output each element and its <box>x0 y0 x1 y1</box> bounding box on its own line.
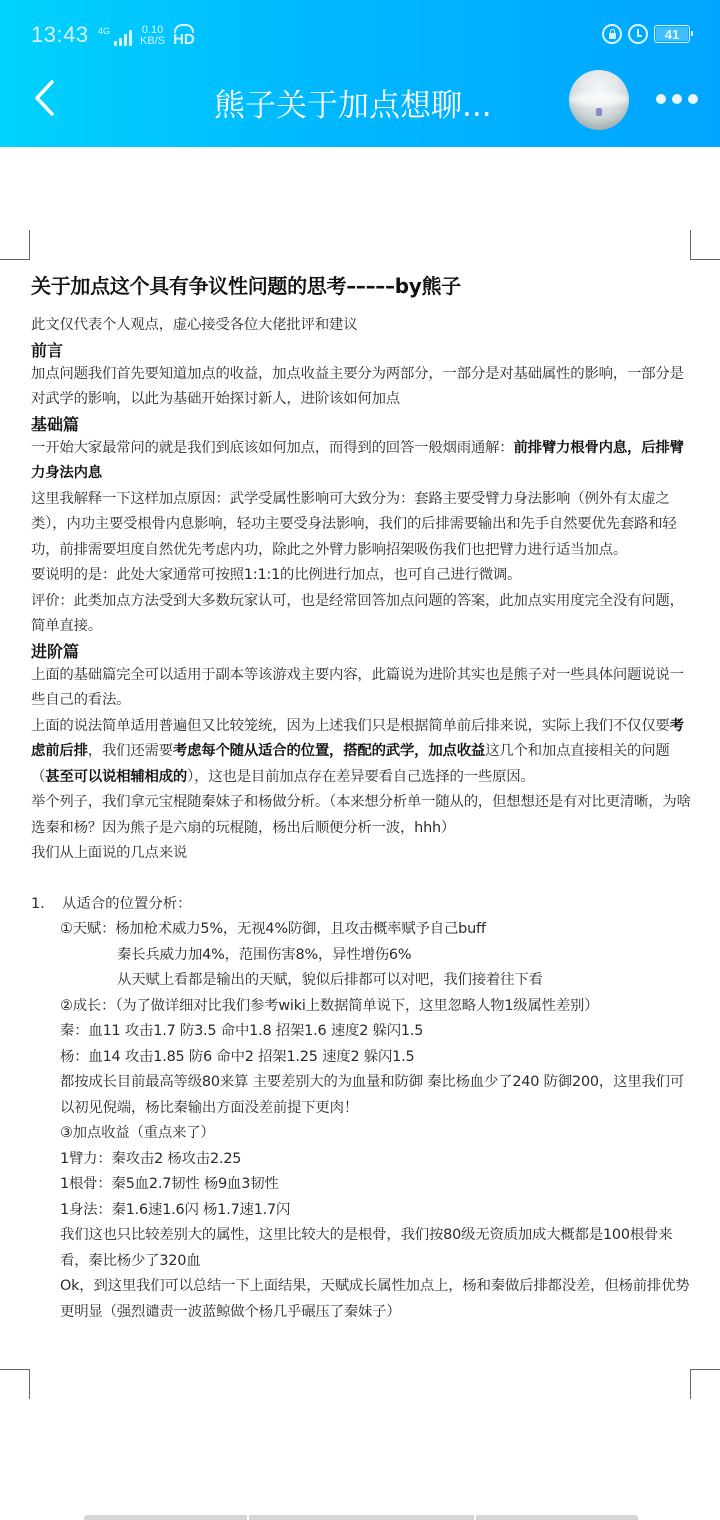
chevron-left-icon <box>28 76 68 120</box>
gain-summary: 我们这也只比较差别大的属性，这里比较大的是根骨，我们按80级无资质加成大概都是1… <box>31 1223 691 1274</box>
network-indicator: 4G 0.10 KB/S HD <box>98 24 195 50</box>
status-bar: 13:43 4G 0.10 KB/S HD 41 <box>0 18 720 58</box>
basic-paragraph-3: 要说明的是：此处大家通常可按照1:1:1的比例进行加点，也可自己进行微调。 <box>31 563 691 589</box>
basic-paragraph-1: 一开始大家最常问的就是我们到底该如何加点，而得到的回答一般烟雨通解：前排臂力根骨… <box>31 436 691 487</box>
bottom-tab-indicator[interactable] <box>476 1515 638 1520</box>
advanced-paragraph-2: 上面的说法简单适用普遍但又比较笼统，因为上述我们只是根据简单前后排来说，实际上我… <box>31 714 691 791</box>
more-dots-icon <box>656 94 666 104</box>
avatar-mist <box>569 92 629 106</box>
battery-icon: 41 <box>654 25 690 43</box>
bottom-tab-indicator[interactable] <box>84 1515 247 1520</box>
nav-bar: 熊子关于加点想聊... <box>0 62 720 142</box>
status-icons: 41 <box>602 24 690 44</box>
page-corner-mark <box>0 230 30 260</box>
disclaimer: 此文仅代表个人观点，虚心接受各位大佬批评和建议 <box>31 313 691 339</box>
page-title: 熊子关于加点想聊... <box>214 80 492 125</box>
avatar[interactable] <box>569 70 629 130</box>
status-time: 13:43 <box>31 22 89 48</box>
page-corner-mark <box>0 1369 30 1399</box>
document-body: 关于加点这个具有争议性问题的思考–––––by熊子 此文仅代表个人观点，虚心接受… <box>31 271 691 1325</box>
list-number: 1. <box>31 892 62 918</box>
gain-strength: 1臂力：秦攻击2 杨攻击2.25 <box>31 1147 691 1173</box>
network-type: 4G <box>98 27 110 36</box>
talent-line: ①天赋：杨加枪术威力5%，无视4%防御，且攻击概率赋予自己buff <box>31 917 691 943</box>
rotation-lock-icon <box>602 24 622 44</box>
gain-title: ③加点收益（重点来了） <box>31 1121 691 1147</box>
battery-level: 41 <box>656 27 688 41</box>
analysis-list-item: 1. 从适合的位置分析： <box>31 892 691 918</box>
network-speed: 0.10 KB/S <box>140 25 165 47</box>
advanced-paragraph-3: 举个列子，我们拿元宝棍随秦妹子和杨做分析。（本来想分析单一随从的，但想想还是有对… <box>31 790 691 841</box>
talent-line: 秦长兵威力加4%，范围伤害8%，异性增伤6% <box>31 943 691 969</box>
hd-voice-icon: HD <box>173 31 195 48</box>
conclusion: Ok，到这里我们可以总结一下上面结果，天赋成长属性加点上，杨和秦做后排都没差，但… <box>31 1274 691 1325</box>
growth-qin: 秦：血11 攻击1.7 防3.5 命中1.8 招架1.6 速度2 躲闪1.5 <box>31 1019 691 1045</box>
app-header: 13:43 4G 0.10 KB/S HD 41 熊子关于加点想聊.. <box>0 0 720 147</box>
page-corner-mark <box>690 1369 720 1399</box>
more-options-button[interactable] <box>656 94 698 104</box>
growth-title: ②成长：（为了做详细对比我们参考wiki上数据简单说下，这里忽略人物1级属性差别… <box>31 994 691 1020</box>
advanced-paragraph-4: 我们从上面说的几点来说 <box>31 841 691 867</box>
growth-yang: 杨：血14 攻击1.85 防6 命中2 招架1.25 速度2 躲闪1.5 <box>31 1045 691 1071</box>
avatar-figure <box>596 108 602 116</box>
bottom-tab-indicator[interactable] <box>249 1515 474 1520</box>
growth-summary: 都按成长目前最高等级80来算 主要差别大的为血量和防御 秦比杨血少了240 防御… <box>31 1070 691 1121</box>
section-heading-basic: 基础篇 <box>31 413 691 436</box>
basic-paragraph-2: 这里我解释一下这样加点原因：武学受属性影响可大致分为：套路主要受臂力身法影响（例… <box>31 487 691 564</box>
section-heading-advanced: 进阶篇 <box>31 640 691 663</box>
gain-agility: 1身法：秦1.6速1.6闪 杨1.7速1.7闪 <box>31 1198 691 1224</box>
signal-icon <box>114 30 132 46</box>
speed-unit: KB/S <box>140 35 165 47</box>
section-heading-preface: 前言 <box>31 339 691 362</box>
preface-text: 加点问题我们首先要知道加点的收益，加点收益主要分为两部分，一部分是对基础属性的影… <box>31 362 691 413</box>
advanced-paragraph-1: 上面的基础篇完全可以适用于副本等该游戏主要内容，此篇说为进阶其实也是熊子对一些具… <box>31 663 691 714</box>
back-button[interactable] <box>28 76 68 120</box>
talent-line: 从天赋上看都是输出的天赋，貌似后排都可以对吧，我们接着往下看 <box>31 968 691 994</box>
basic-paragraph-4: 评价：此类加点方法受到大多数玩家认可，也是经常回答加点问题的答案，此加点实用度完… <box>31 589 691 640</box>
page-corner-mark <box>690 230 720 260</box>
list-item-title: 从适合的位置分析： <box>62 892 192 918</box>
gain-constitution: 1根骨：秦5血2.7韧性 杨9血3韧性 <box>31 1172 691 1198</box>
document-title: 关于加点这个具有争议性问题的思考–––––by熊子 <box>31 271 691 301</box>
alarm-icon <box>628 24 648 44</box>
